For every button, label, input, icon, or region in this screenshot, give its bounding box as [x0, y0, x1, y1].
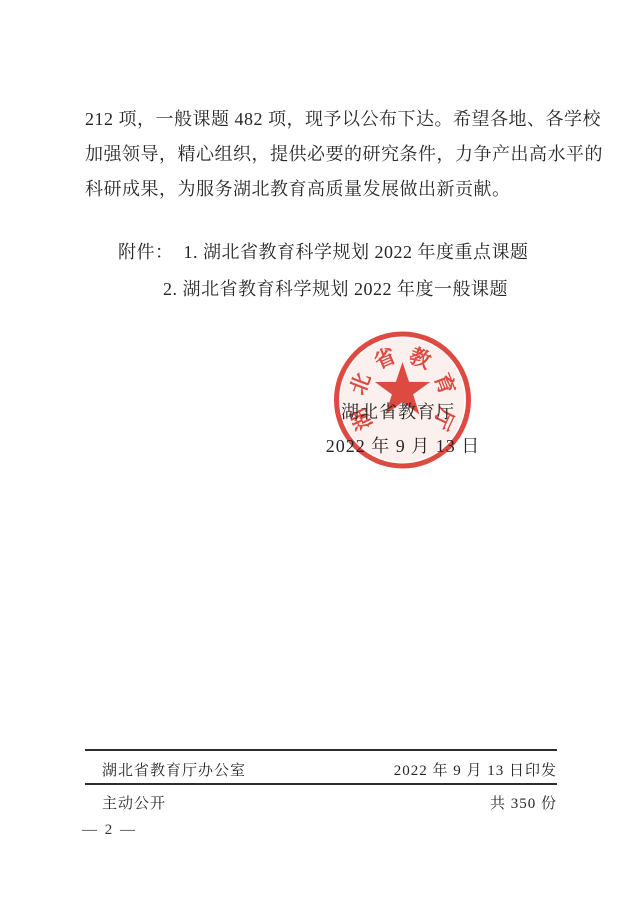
- page-number: — 2 —: [82, 822, 137, 839]
- footer-print-date: 2022 年 9 月 13 日印发: [394, 759, 557, 780]
- body-text-line-2: 加强领导，精心组织，提供必要的研究条件，力争产出高水平的: [85, 141, 572, 168]
- footer-divider-middle: [85, 783, 557, 785]
- attachments-row-2: 2. 湖北省教育科学规划 2022 年度一般课题: [163, 275, 508, 301]
- signature-date: 2022 年 9 月 13 日: [298, 432, 508, 458]
- attachment-item-2: 2. 湖北省教育科学规划 2022 年度一般课题: [163, 279, 508, 299]
- attachments-label: 附件：: [118, 242, 174, 262]
- footer-issuer-row: 湖北省教育厅办公室 2022 年 9 月 13 日印发: [85, 759, 557, 780]
- body-text-line-1: 212 项，一般课题 482 项，现予以公布下达。希望各地、各学校: [85, 106, 572, 133]
- footer-issuer: 湖北省教育厅办公室: [85, 759, 246, 780]
- footer-divider-top: [85, 749, 557, 751]
- footer-disclosure: 主动公开: [85, 792, 166, 813]
- footer-disclosure-row: 主动公开 共 350 份: [85, 792, 557, 813]
- body-text-line-3: 科研成果，为服务湖北教育高质量发展做出新贡献。: [85, 176, 572, 203]
- signature-org: 湖北省教育厅: [293, 398, 503, 424]
- document-page: 212 项，一般课题 482 项，现予以公布下达。希望各地、各学校 加强领导，精…: [0, 0, 639, 905]
- attachments-row-1: 附件：1. 湖北省教育科学规划 2022 年度重点课题: [118, 238, 529, 264]
- attachment-item-1: 1. 湖北省教育科学规划 2022 年度重点课题: [184, 242, 529, 262]
- footer-copies: 共 350 份: [490, 792, 557, 813]
